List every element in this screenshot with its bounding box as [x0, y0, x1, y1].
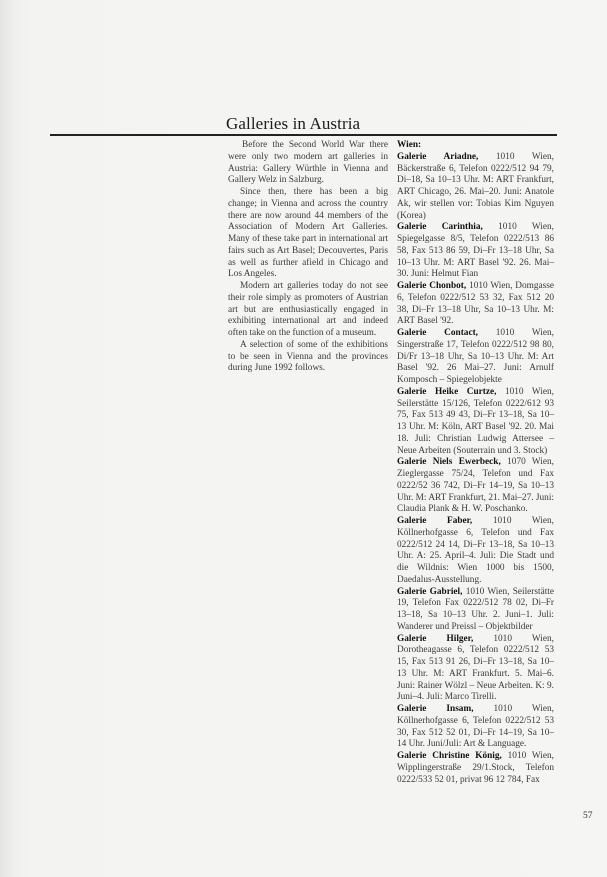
gallery-name: Galerie Chonbot, [397, 281, 466, 291]
gallery-details: 1010 Wien, Seilerstätte 15/126, Telefon … [397, 387, 554, 456]
page-number: 57 [583, 811, 593, 821]
gallery-name: Galerie Contact, [397, 328, 478, 338]
gallery-details: 1010 Wien, Bäckerstraße 6, Telefon 0222/… [397, 152, 554, 221]
city-heading: Wien: [397, 140, 554, 152]
gallery-entry: Galerie Heike Curtze, 1010 Wien, Seilers… [397, 387, 554, 458]
gallery-entry: Galerie Niels Ewerbeck, 1070 Wien, Ziegl… [397, 457, 554, 516]
intro-paragraph: Before the Second World War there were o… [228, 140, 388, 187]
intro-paragraph: A selection of some of the exhibitions t… [228, 340, 388, 375]
gallery-entry: Galerie Christine König, 1010 Wien, Wipp… [397, 751, 554, 786]
title-rule-divider [50, 134, 557, 136]
gallery-entry: Galerie Ariadne, 1010 Wien, Bäckerstraße… [397, 152, 554, 223]
gallery-entry: Galerie Faber, 1010 Wien, Köllnerhofgass… [397, 516, 554, 587]
intro-paragraph: Since then, there has been a big change;… [228, 187, 388, 281]
gallery-entry: Galerie Chonbot, 1010 Wien, Domgasse 6, … [397, 281, 554, 328]
gallery-name: Galerie Faber, [397, 516, 472, 526]
gallery-name: Galerie Carinthia, [397, 222, 483, 232]
gallery-name: Galerie Ariadne, [397, 152, 478, 162]
gallery-name: Galerie Gabriel, [397, 587, 462, 597]
intro-column: Before the Second World War there were o… [228, 140, 388, 375]
gallery-entry: Galerie Hilger, 1010 Wien, Dorotheagasse… [397, 634, 554, 705]
gallery-name: Galerie Hilger, [397, 634, 473, 644]
gallery-entry: Galerie Contact, 1010 Wien, Singerstraße… [397, 328, 554, 387]
gallery-name: Galerie Christine König, [397, 751, 502, 761]
gallery-name: Galerie Insam, [397, 704, 474, 714]
gallery-details: 1010 Wien, Köllnerhofgasse 6, Telefon un… [397, 516, 554, 585]
page-title: Galleries in Austria [226, 114, 360, 134]
intro-paragraph: Modern art galleries today do not see th… [228, 281, 388, 340]
gallery-entry: Galerie Gabriel, 1010 Wien, Seilerstätte… [397, 587, 554, 634]
gallery-name: Galerie Niels Ewerbeck, [397, 457, 501, 467]
gallery-entry: Galerie Carinthia, 1010 Wien, Spiegelgas… [397, 222, 554, 281]
gallery-entry: Galerie Insam, 1010 Wien, Köllnerhofgass… [397, 704, 554, 751]
gallery-name: Galerie Heike Curtze, [397, 387, 496, 397]
gallery-listing-column: Wien: Galerie Ariadne, 1010 Wien, Bäcker… [397, 140, 554, 786]
